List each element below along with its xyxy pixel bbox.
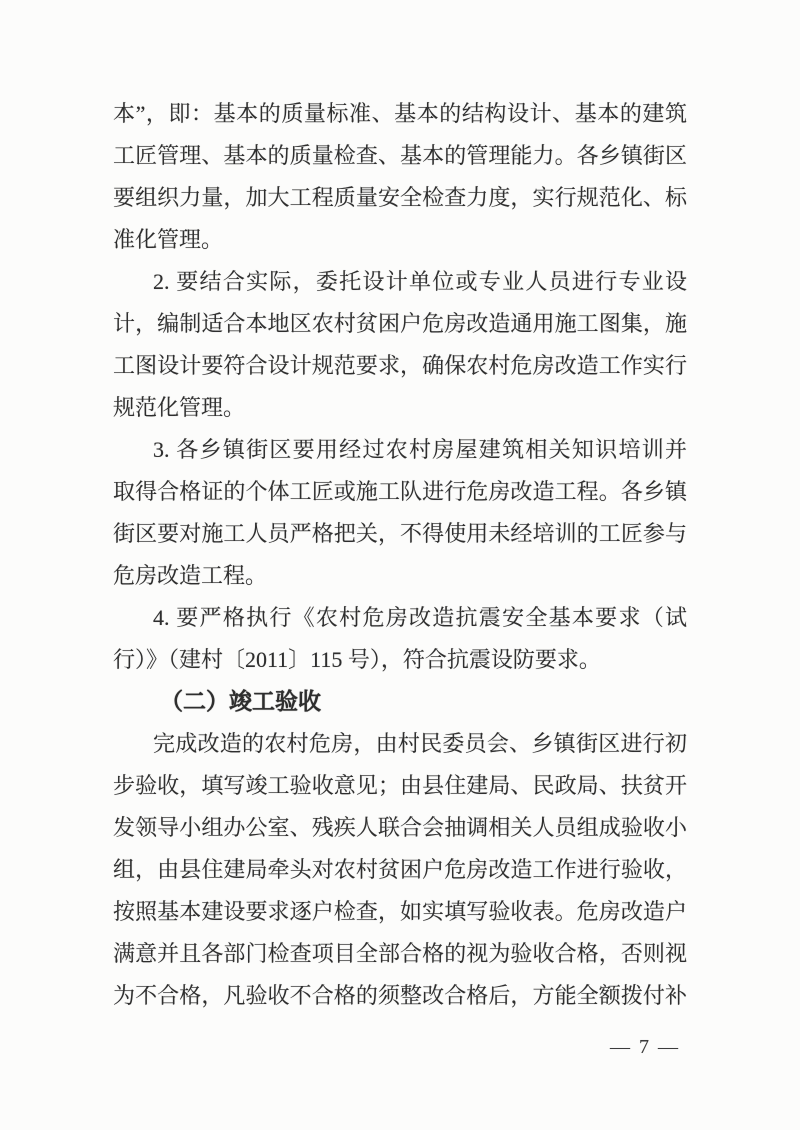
text-line: 2. 要结合实际，委托设计单位或专业人员进行专业设 (113, 261, 687, 303)
text-line: 计，编制适合本地区农村贫困户危房改造通用施工图集，施 (113, 303, 687, 345)
text-line: 步验收，填写竣工验收意见；由县住建局、民政局、扶贫开 (113, 765, 687, 807)
text-line: 取得合格证的个体工匠或施工队进行危房改造工程。各乡镇 (113, 471, 687, 513)
text-line: 为不合格，凡验收不合格的须整改合格后，方能全额拨付补 (113, 975, 687, 1017)
text-line: 3. 各乡镇街区要用经过农村房屋建筑相关知识培训并 (113, 429, 687, 471)
text-line: 工匠管理、基本的质量检查、基本的管理能力。各乡镇街区 (113, 135, 687, 177)
document-body: 本”，即：基本的质量标准、基本的结构设计、基本的建筑工匠管理、基本的质量检查、基… (113, 93, 687, 1017)
text-line: 满意并且各部门检查项目全部合格的视为验收合格，否则视 (113, 933, 687, 975)
text-line: 行）》（建村〔2011〕115 号），符合抗震设防要求。 (113, 639, 687, 681)
text-line: 规范化管理。 (113, 387, 687, 429)
section-heading: （二）竣工验收 (113, 681, 687, 723)
text-line: 危房改造工程。 (113, 555, 687, 597)
text-line: 按照基本建设要求逐户检查，如实填写验收表。危房改造户 (113, 891, 687, 933)
text-line: 准化管理。 (113, 219, 687, 261)
page-number: — 7 — (610, 1036, 680, 1059)
document-page: 本”，即：基本的质量标准、基本的结构设计、基本的建筑工匠管理、基本的质量检查、基… (0, 0, 800, 1130)
text-line: 组，由县住建局牵头对农村贫困户危房改造工作进行验收， (113, 849, 687, 891)
text-line: 本”，即：基本的质量标准、基本的结构设计、基本的建筑 (113, 93, 687, 135)
text-line: 工图设计要符合设计规范要求，确保农村危房改造工作实行 (113, 345, 687, 387)
text-line: 要组织力量，加大工程质量安全检查力度，实行规范化、标 (113, 177, 687, 219)
text-line: 完成改造的农村危房，由村民委员会、乡镇街区进行初 (113, 723, 687, 765)
text-line: 发领导小组办公室、残疾人联合会抽调相关人员组成验收小 (113, 807, 687, 849)
text-line: 街区要对施工人员严格把关，不得使用未经培训的工匠参与 (113, 513, 687, 555)
text-line: 4. 要严格执行《农村危房改造抗震安全基本要求（试 (113, 597, 687, 639)
